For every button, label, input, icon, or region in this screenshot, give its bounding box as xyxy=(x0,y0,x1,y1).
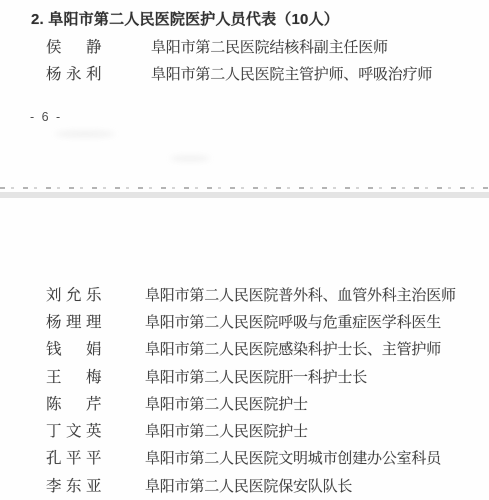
delegate-title: 阜阳市第二人民医院呼吸与危重症医学科医生 xyxy=(145,311,441,332)
delegate-name: 钱 娟 xyxy=(46,337,106,359)
page-gap-band xyxy=(0,192,489,198)
delegate-row: 钱 娟 阜阳市第二人民医院感染科护士长、主管护师 xyxy=(0,337,489,355)
delegate-name: 杨理理 xyxy=(46,310,106,332)
delegate-row: 杨理理 阜阳市第二人民医院呼吸与危重症医学科医生 xyxy=(0,310,489,328)
delegate-row: 陈 芹 阜阳市第二人民医院护士 xyxy=(0,392,489,410)
delegate-title: 阜阳市第二人民医院文明城市创建办公室科员 xyxy=(145,447,441,468)
delegate-row: 侯 静 阜阳市第二民医院结核科副主任医师 xyxy=(0,35,489,53)
delegate-name: 杨永利 xyxy=(46,62,106,84)
delegate-title: 阜阳市第二人民医院感染科护士长、主管护师 xyxy=(145,338,441,359)
delegate-name: 丁文英 xyxy=(46,419,106,441)
scan-artifact xyxy=(170,155,210,162)
delegate-title: 阜阳市第二人民医院保安队队长 xyxy=(145,475,352,496)
section-heading: 2. 阜阳市第二人民医院医护人员代表（10人） xyxy=(31,8,339,29)
page-edge-line xyxy=(0,187,489,189)
delegate-name: 陈 芹 xyxy=(46,392,106,414)
delegate-name: 孔平平 xyxy=(46,446,106,468)
delegate-row: 李东亚 阜阳市第二人民医院保安队队长 xyxy=(0,474,489,492)
delegate-name: 侯 静 xyxy=(46,35,106,57)
delegate-name: 李东亚 xyxy=(46,474,106,496)
delegate-row: 杨永利 阜阳市第二人民医院主管护师、呼吸治疗师 xyxy=(0,62,489,80)
delegate-name: 刘允乐 xyxy=(46,283,106,305)
delegate-title: 阜阳市第二人民医院普外科、血管外科主治医师 xyxy=(145,284,456,305)
delegate-row: 刘允乐 阜阳市第二人民医院普外科、血管外科主治医师 xyxy=(0,283,489,301)
scan-artifact xyxy=(55,130,115,138)
delegate-row: 孔平平 阜阳市第二人民医院文明城市创建办公室科员 xyxy=(0,446,489,464)
delegate-name: 王 梅 xyxy=(46,365,106,387)
delegate-row: 丁文英 阜阳市第二人民医院护士 xyxy=(0,419,489,437)
delegate-title: 阜阳市第二民医院结核科副主任医师 xyxy=(151,36,388,57)
delegate-title: 阜阳市第二人民医院肝一科护士长 xyxy=(145,366,367,387)
delegate-row: 王 梅 阜阳市第二人民医院肝一科护士长 xyxy=(0,365,489,383)
delegate-title: 阜阳市第二人民医院主管护师、呼吸治疗师 xyxy=(151,63,432,84)
delegate-title: 阜阳市第二人民医院护士 xyxy=(145,420,308,441)
page-number: - 6 - xyxy=(30,110,62,124)
delegate-title: 阜阳市第二人民医院护士 xyxy=(145,393,308,414)
scanned-document-page: 2. 阜阳市第二人民医院医护人员代表（10人） 侯 静 阜阳市第二民医院结核科副… xyxy=(0,0,489,500)
